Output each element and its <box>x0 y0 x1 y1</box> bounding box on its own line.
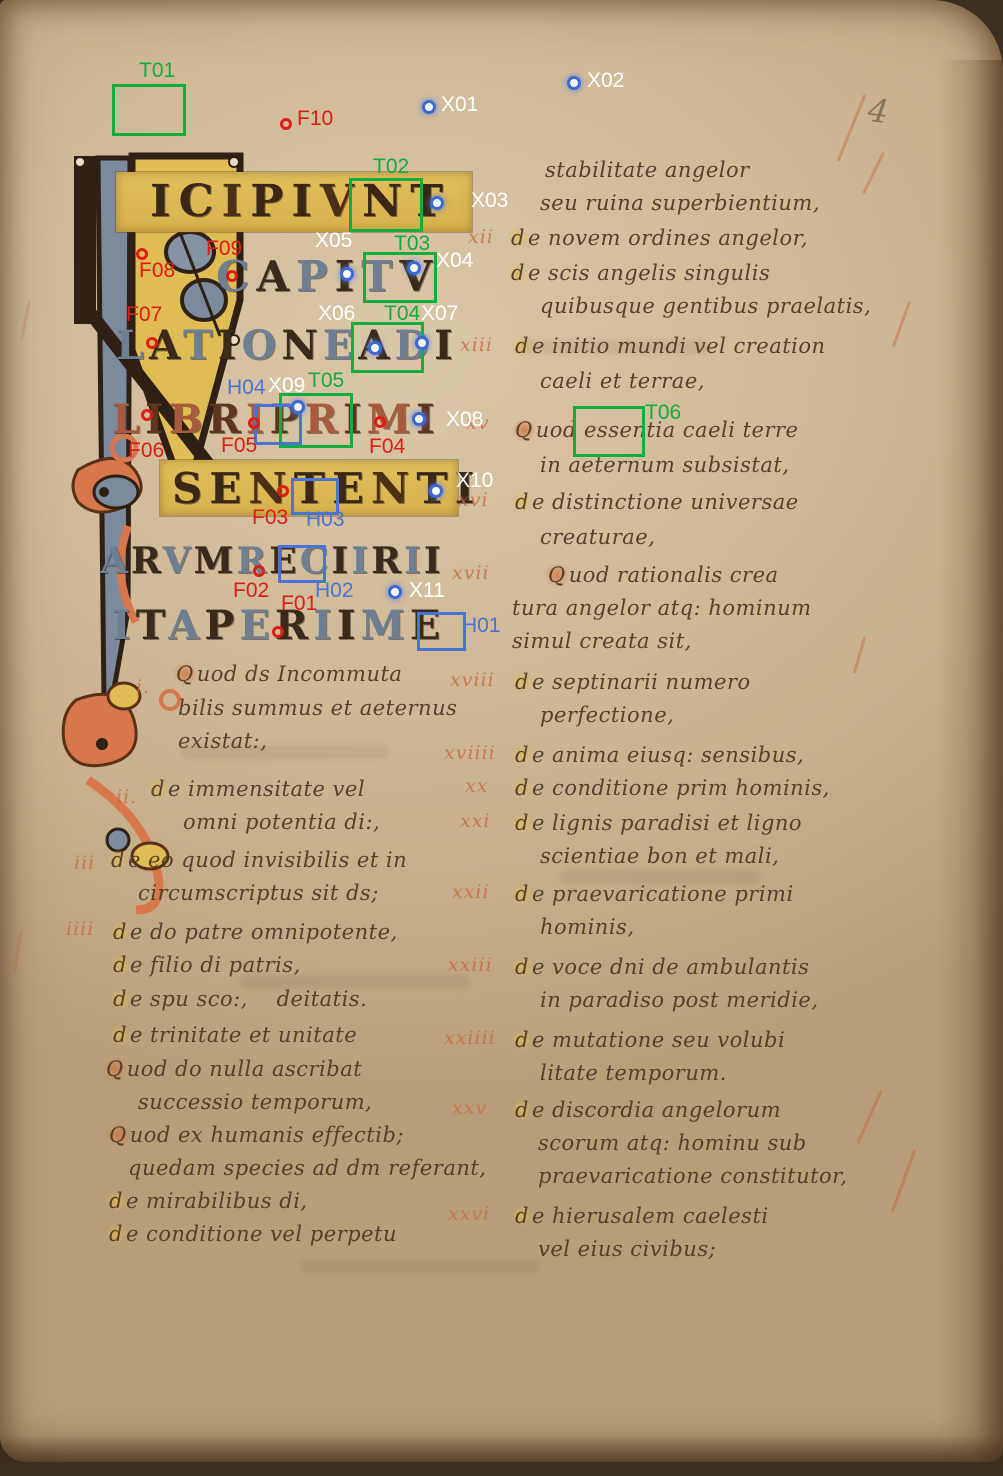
manuscript-text-line: Quod ds Incommuta <box>173 662 402 686</box>
chapter-numeral: xxiiii <box>444 1027 496 1049</box>
target-box-t04[interactable] <box>351 322 424 373</box>
manuscript-text-line: de anima eiusq: sensibus, <box>512 743 804 767</box>
manuscript-text-line: de novem ordines angelor, <box>508 226 808 250</box>
annotation-label-f09: F09 <box>206 238 242 259</box>
manuscript-text-line: litate temporum. <box>540 1061 727 1085</box>
manuscript-text-line: omni potentia di:, <box>183 810 380 834</box>
chapter-numeral: xxii <box>452 881 490 903</box>
annotation-label-x07: X07 <box>421 303 458 324</box>
point-dot-x02[interactable] <box>567 76 581 90</box>
manuscript-text-line: quibusque gentibus praelatis, <box>540 294 871 318</box>
hit-box-h01[interactable] <box>417 612 466 651</box>
chapter-numeral: xxiii <box>448 954 493 976</box>
manuscript-text-line: de spu sco:, deitatis. <box>110 987 367 1011</box>
annotation-label-x04: X04 <box>436 250 473 271</box>
bleed-through-mark <box>12 930 23 974</box>
manuscript-text-line: de conditione vel perpetu <box>106 1222 397 1246</box>
manuscript-photo-stage: 4 <box>0 0 1003 1476</box>
manuscript-text-line: de discordia angelorum <box>512 1098 781 1122</box>
flag-circle-f10[interactable] <box>280 118 292 130</box>
chapter-numeral: xxv <box>452 1097 487 1119</box>
manuscript-text-line: tura angelor atq: hominum <box>512 596 812 620</box>
annotation-label-f06: F06 <box>128 440 164 461</box>
manuscript-text-line: de mirabilibus di, <box>106 1189 308 1213</box>
annotation-label-f01: F01 <box>281 593 317 614</box>
target-box-t03[interactable] <box>363 252 437 303</box>
hit-box-h02[interactable] <box>278 545 326 583</box>
chapter-numeral: xvii <box>452 562 490 584</box>
manuscript-text-line: de initio mundi vel creation <box>512 334 826 358</box>
flag-circle-f07[interactable] <box>146 337 158 349</box>
annotation-label-t04: T04 <box>384 303 420 324</box>
manuscript-text-line: successio temporum, <box>138 1090 372 1114</box>
point-dot-x04[interactable] <box>407 261 421 275</box>
bleed-through-mark <box>862 152 885 195</box>
annotation-label-f03: F03 <box>252 507 288 528</box>
page-edge-bottom <box>0 1436 1003 1462</box>
point-dot-x06[interactable] <box>368 341 382 355</box>
annotation-label-x09: X09 <box>268 375 305 396</box>
annotation-label-x02: X02 <box>587 70 624 91</box>
point-dot-x03[interactable] <box>430 196 444 210</box>
flag-circle-f01[interactable] <box>272 626 284 638</box>
annotation-label-f02: F02 <box>233 580 269 601</box>
manuscript-text-line: bilis summus et aeternus <box>178 696 457 720</box>
target-box-t01[interactable] <box>112 84 186 136</box>
annotation-label-x01: X01 <box>441 94 478 115</box>
target-box-t02[interactable] <box>349 178 423 232</box>
annotation-label-f07: F07 <box>126 304 162 325</box>
annotation-label-t06: T06 <box>645 402 681 423</box>
manuscript-text-line: de trinitate et unitate <box>110 1023 357 1047</box>
manuscript-text-line: Quod do nulla ascribat <box>103 1057 362 1081</box>
manuscript-text-line: scientiae bon et mali, <box>540 844 779 868</box>
manuscript-text-line: stabilitate angelor <box>545 158 750 182</box>
chapter-numeral: iii <box>74 852 95 874</box>
manuscript-text-line: Quod ex humanis effectib; <box>106 1123 404 1147</box>
annotation-label-t02: T02 <box>373 156 409 177</box>
annotation-label-t05: T05 <box>308 370 344 391</box>
manuscript-text-line: de do patre omnipotente, <box>110 920 398 944</box>
manuscript-text-line: de immensitate vel <box>148 777 365 801</box>
bleed-through-mark <box>892 301 911 347</box>
bleed-through-mark <box>20 300 31 340</box>
annotation-label-x05: X05 <box>315 230 352 251</box>
chapter-numeral: xxi <box>460 810 491 832</box>
flag-circle-f03[interactable] <box>277 485 289 497</box>
point-dot-x09[interactable] <box>291 400 305 414</box>
chapter-numeral: i. <box>136 676 150 698</box>
illuminated-word: ARVMRECIIRII <box>100 540 444 582</box>
annotation-label-x10: X10 <box>456 470 493 491</box>
manuscript-text-line: vel eius civibus; <box>538 1237 716 1261</box>
manuscript-text-line: de scis angelis singulis <box>508 261 770 285</box>
bleed-through-mark <box>853 636 866 673</box>
manuscript-text-line: circumscriptus sit ds; <box>138 881 379 905</box>
bleed-through-mark <box>300 1260 540 1274</box>
chapter-numeral: xviiii <box>444 742 496 764</box>
manuscript-text-line: simul creata sit, <box>512 629 692 653</box>
bleed-through-mark <box>856 1090 882 1144</box>
manuscript-text-line: scorum atq: hominu sub <box>538 1131 807 1155</box>
manuscript-text-line: quedam species ad dm referant, <box>128 1156 487 1180</box>
manuscript-text-line: perfectione, <box>540 703 674 727</box>
point-dot-x07[interactable] <box>415 336 429 350</box>
manuscript-text-line: de mutatione seu volubi <box>512 1028 785 1052</box>
point-dot-x10[interactable] <box>429 484 443 498</box>
chapter-numeral: xviii <box>450 669 495 691</box>
flag-circle-f04[interactable] <box>374 416 386 428</box>
annotation-label-h04: H04 <box>227 377 266 398</box>
bleed-through-mark <box>891 1149 916 1212</box>
parchment-page: 4 <box>0 0 1003 1462</box>
target-box-t06[interactable] <box>573 406 645 457</box>
chapter-numeral: xiii <box>460 334 493 356</box>
annotation-label-x06: X06 <box>318 303 355 324</box>
manuscript-text-line: caeli et terrae, <box>540 369 705 393</box>
point-dot-x11[interactable] <box>388 585 402 599</box>
manuscript-text-line: creaturae, <box>540 525 655 549</box>
flag-circle-f02[interactable] <box>253 565 265 577</box>
annotation-label-f05: F05 <box>221 435 257 456</box>
annotation-label-x08: X08 <box>446 409 483 430</box>
point-dot-x01[interactable] <box>422 100 436 114</box>
manuscript-text-line: in paradiso post meridie, <box>540 988 819 1012</box>
point-dot-x05[interactable] <box>340 267 354 281</box>
annotation-label-f04: F04 <box>369 436 405 457</box>
manuscript-text-line: de distinctione universae <box>512 490 799 514</box>
bleed-through-mark <box>837 94 867 162</box>
folio-number: 4 <box>865 91 890 131</box>
annotation-label-t03: T03 <box>394 233 430 254</box>
manuscript-text-line: de septinarii numero <box>512 670 751 694</box>
chapter-numeral: xxvi <box>448 1203 490 1225</box>
flag-circle-f09[interactable] <box>226 270 238 282</box>
flag-circle-f06[interactable] <box>141 409 153 421</box>
manuscript-text-line: de conditione prim hominis, <box>512 776 830 800</box>
annotation-label-h03: H03 <box>306 509 345 530</box>
manuscript-text-line: de filio di patris, <box>110 953 301 977</box>
manuscript-text-line: hominis, <box>540 915 635 939</box>
annotation-label-f10: F10 <box>297 108 333 129</box>
chapter-numeral: xx <box>465 775 488 797</box>
flag-circle-f05[interactable] <box>248 417 260 429</box>
annotation-label-x03: X03 <box>471 190 508 211</box>
chapter-numeral: xii <box>468 226 494 248</box>
manuscript-text-line: de praevaricatione primi <box>512 882 794 906</box>
annotation-label-x11: X11 <box>409 580 445 601</box>
annotation-label-t01: T01 <box>139 60 175 81</box>
manuscript-text-line: seu ruina superbientium, <box>540 191 820 215</box>
chapter-numeral: xvi <box>458 489 489 511</box>
manuscript-text-line: existat:, <box>178 729 267 753</box>
annotation-label-h01: H01 <box>462 615 501 636</box>
manuscript-text-line: Quod rationalis crea <box>545 563 779 587</box>
annotation-label-h02: H02 <box>315 580 354 601</box>
chapter-numeral: iiii <box>66 918 94 940</box>
chapter-numeral: ii. <box>116 786 137 808</box>
page-edge-right <box>939 60 1003 1462</box>
annotation-label-f08: F08 <box>139 260 175 281</box>
manuscript-text-line: de lignis paradisi et ligno <box>512 811 802 835</box>
manuscript-text-line: praevaricatione constitutor, <box>538 1164 848 1188</box>
manuscript-text-line: de voce dni de ambulantis <box>512 955 809 979</box>
point-dot-x08[interactable] <box>412 412 426 426</box>
manuscript-text-line: de eo quod invisibilis et in <box>108 848 407 872</box>
manuscript-text-line: de hierusalem caelesti <box>512 1204 769 1228</box>
